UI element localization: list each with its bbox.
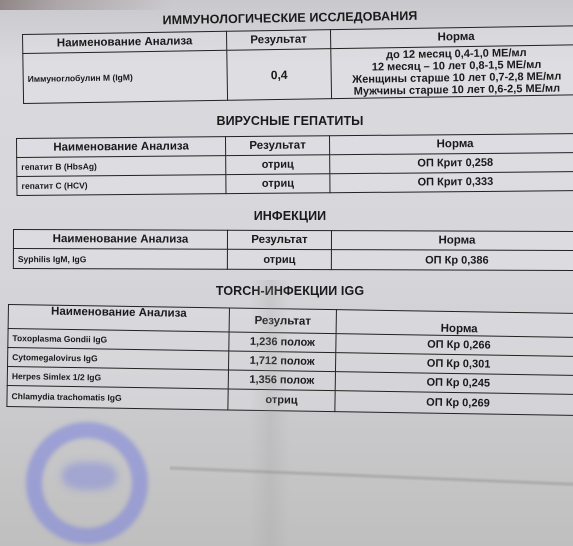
- test-result: отриц: [227, 249, 331, 269]
- column-header-result: Результат: [226, 30, 330, 51]
- table-row: Syphilis IgM, IgG отриц ОП Кр 0,386: [13, 249, 573, 271]
- lab-report-photo: ИММУНОЛОГИЧЕСКИЕ ИССЛЕДОВАНИЯ Наименован…: [0, 0, 573, 546]
- test-name: Иммуноглобулин М (IgM): [23, 50, 228, 103]
- paper-fold-vertical: [250, 280, 290, 546]
- column-header-norm: Норма: [331, 231, 573, 251]
- test-result: отриц: [226, 174, 330, 194]
- test-norm: ОП Крит 0,333: [330, 172, 573, 193]
- infections-table: Наименование Анализа Результат Норма Syp…: [13, 229, 573, 271]
- stamp-center-mark: [62, 462, 117, 490]
- test-norm: ОП Крит 0,258: [330, 153, 573, 174]
- paper-fold-horizontal: [170, 465, 573, 488]
- test-name: гепатит В (HbsAg): [17, 156, 226, 177]
- test-name: гепатит С (HCV): [17, 175, 226, 196]
- immunology-table: Наименование Анализа Результат Норма Имм…: [22, 25, 573, 104]
- test-name: Syphilis IgM, IgG: [13, 249, 227, 270]
- table-header-row: Наименование Анализа Результат Норма: [13, 230, 573, 251]
- test-norm: ОП Кр 0,386: [331, 250, 573, 271]
- test-norm: ОП Кр 0,269: [335, 391, 573, 416]
- table-row: Иммуноглобулин М (IgM) 0,4 до 12 месяц 0…: [23, 45, 573, 104]
- column-header-norm: Норма: [329, 134, 573, 155]
- section-title-immunology: ИММУНОЛОГИЧЕСКИЕ ИССЛЕДОВАНИЯ: [140, 8, 440, 27]
- table-row: гепатит С (HCV) отриц ОП Крит 0,333: [17, 172, 573, 196]
- column-header-result: Результат: [227, 230, 331, 249]
- column-header-result: Результат: [225, 136, 329, 156]
- test-result: отриц: [226, 155, 330, 175]
- column-header-name: Наименование Анализа: [8, 305, 229, 332]
- column-header-name: Наименование Анализа: [17, 137, 226, 158]
- hepatitis-table: Наименование Анализа Результат Норма геп…: [16, 133, 573, 196]
- test-result: 0,4: [227, 49, 332, 101]
- section-title-torch: TORCH-ИНФЕКЦИИ IGG: [205, 284, 375, 298]
- column-header-name: Наименование Анализа: [13, 230, 227, 250]
- test-name: Chlamydia trachomatis IgG: [7, 385, 228, 409]
- section-title-hepatitis: ВИРУСНЫЕ ГЕПАТИТЫ: [200, 114, 380, 128]
- test-norm: до 12 месяц 0,4-1,0 МЕ/мл 12 месяц – 10 …: [331, 45, 573, 99]
- section-title-infections: ИНФЕКЦИИ: [220, 209, 360, 223]
- photo-edge-shadow: [0, 0, 573, 10]
